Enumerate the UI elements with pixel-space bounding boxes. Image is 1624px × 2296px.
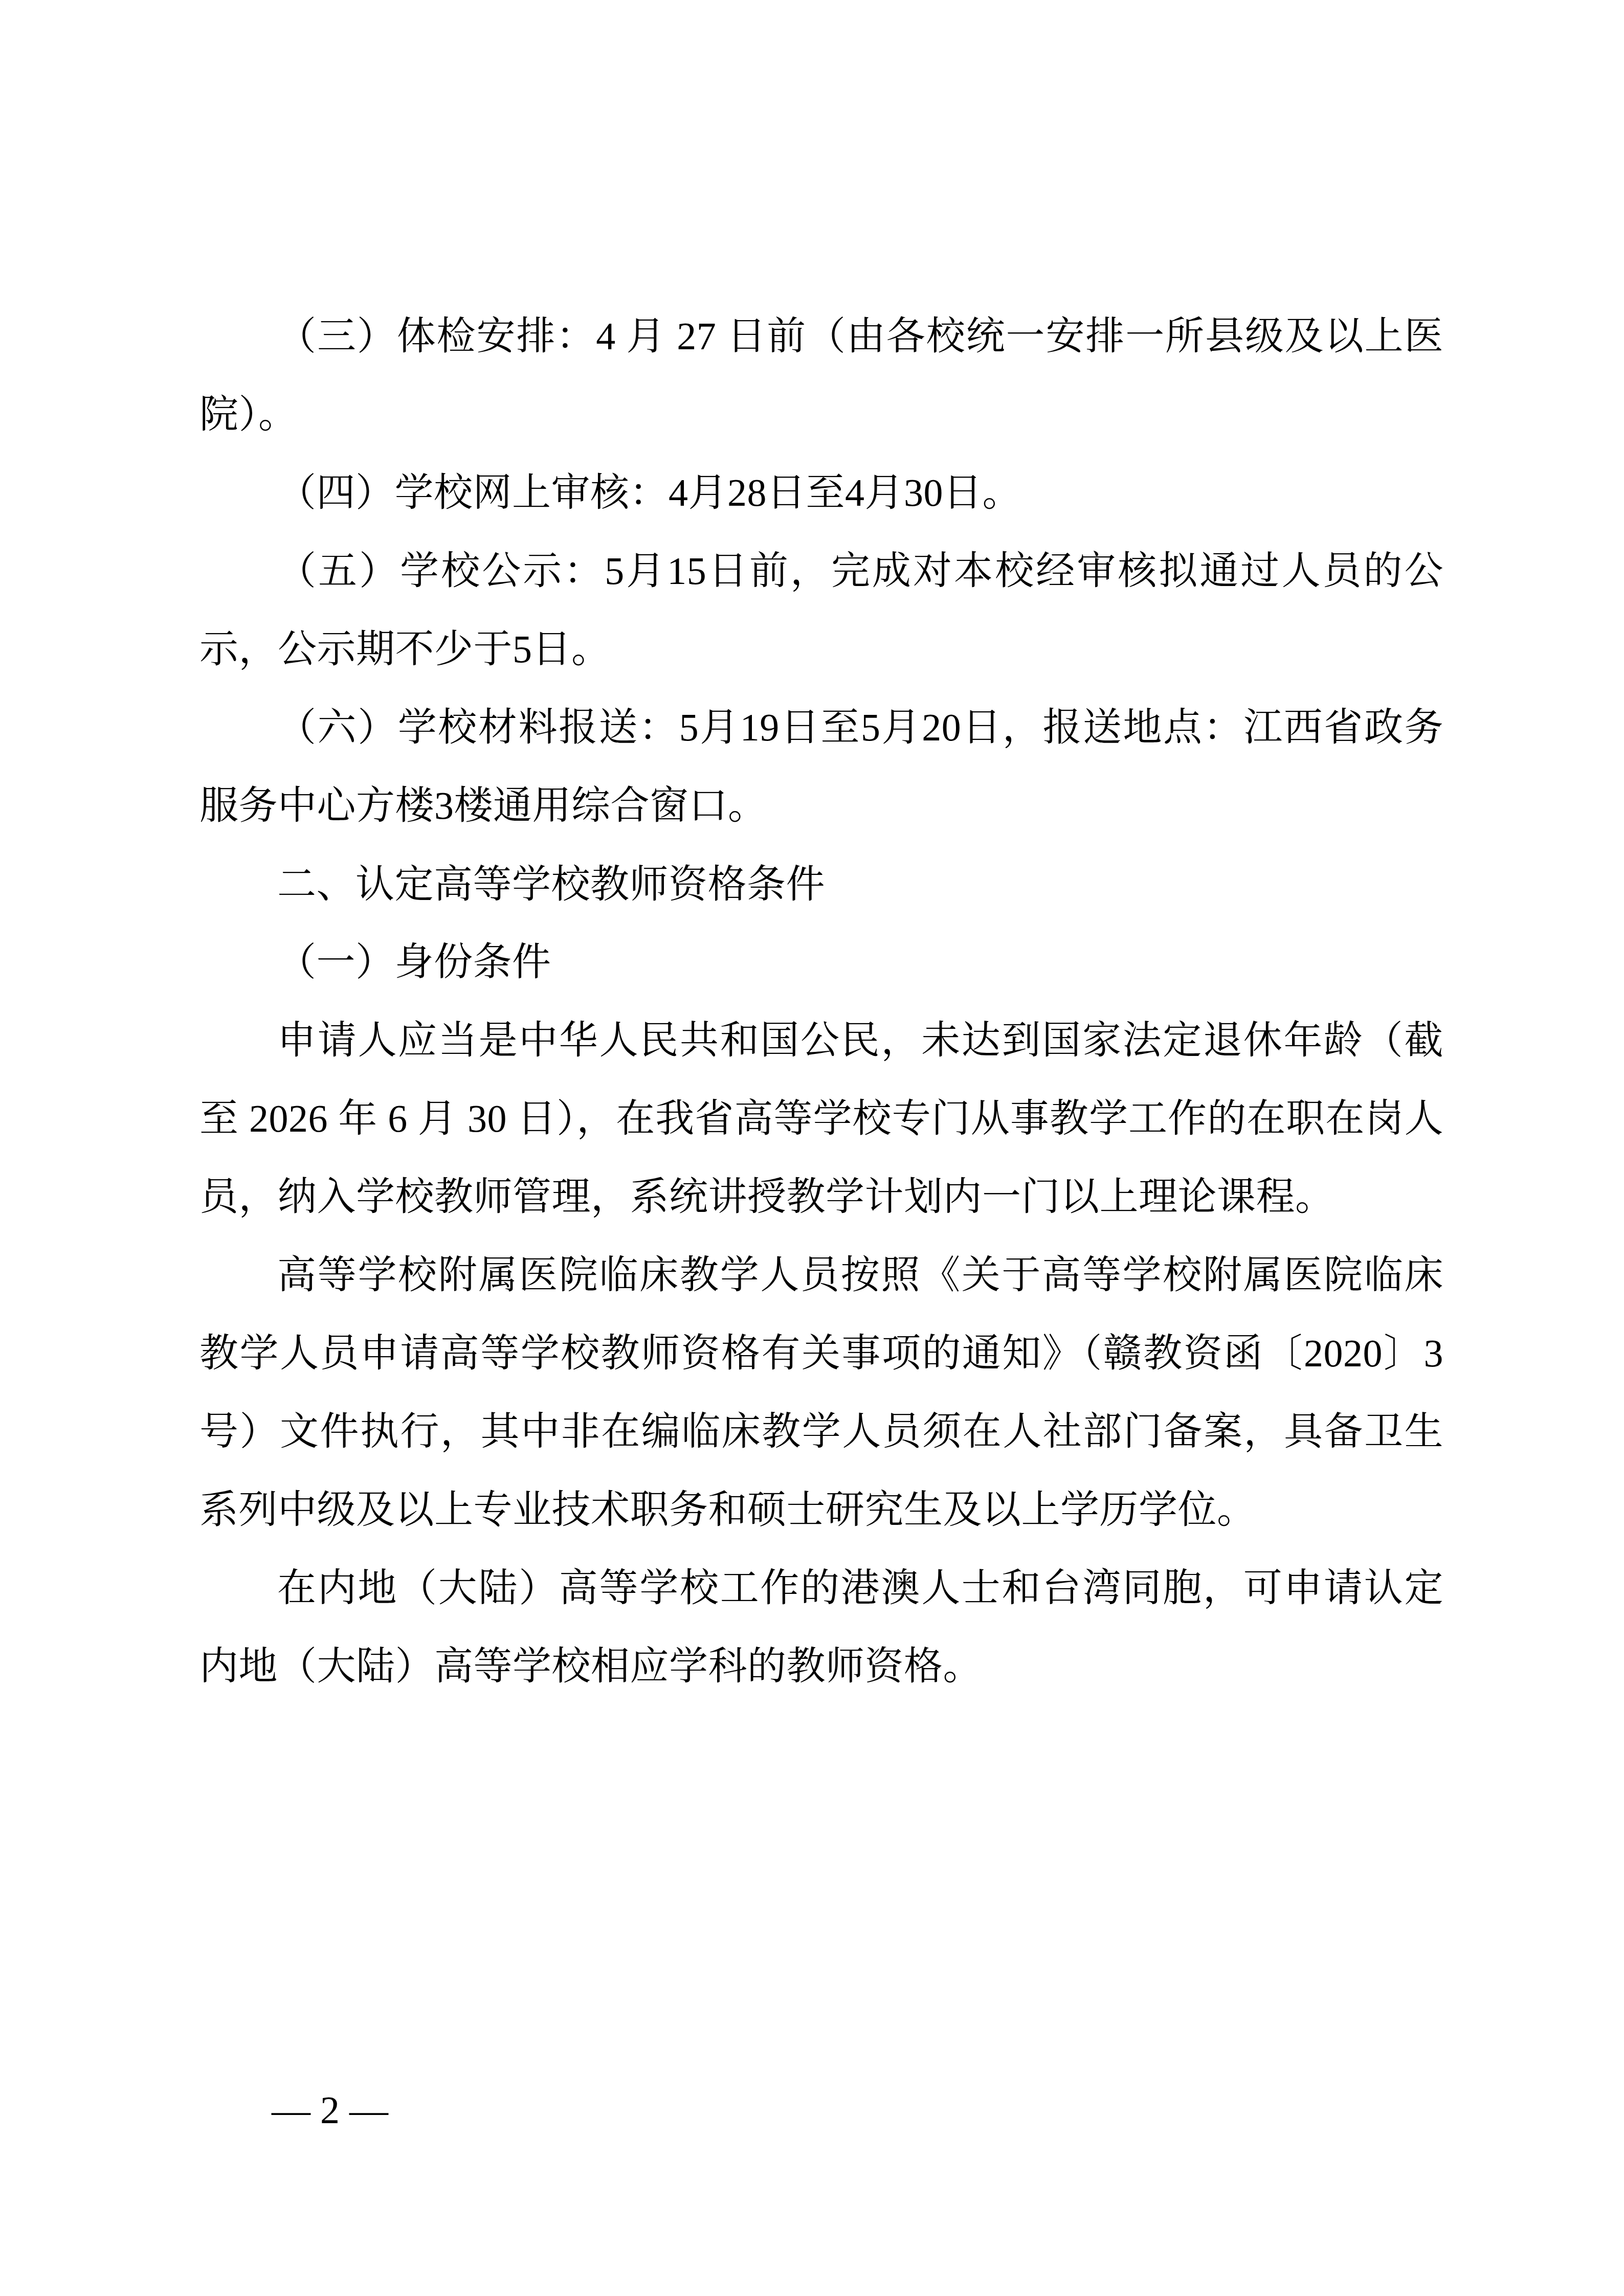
document-body: （三）体检安排：4 月 27 日前（由各校统一安排一所县级及以上医院）。 （四）… bbox=[199, 298, 1443, 1706]
paragraph-hk-macao-taiwan: 在内地（大陆）高等学校工作的港澳人士和台湾同胞，可申请认定内地（大陆）高等学校相… bbox=[199, 1549, 1443, 1706]
paragraph-material-submission: （六）学校材料报送：5月19日至5月20日，报送地点：江西省政务服务中心方楼3楼… bbox=[199, 689, 1443, 845]
section-heading-qualification-conditions: 二、认定高等学校教师资格条件 bbox=[199, 845, 1443, 924]
paragraph-school-publicity: （五）学校公示：5月15日前，完成对本校经审核拟通过人员的公示，公示期不少于5日… bbox=[199, 532, 1443, 689]
paragraph-identity-requirement: 申请人应当是中华人民共和国公民，未达到国家法定退休年龄（截至 2026 年 6 … bbox=[199, 1002, 1443, 1236]
page-footer: — 2 — bbox=[233, 2026, 388, 2195]
paragraph-physical-exam: （三）体检安排：4 月 27 日前（由各校统一安排一所县级及以上医院）。 bbox=[199, 298, 1443, 454]
page-number: — 2 — bbox=[272, 2089, 388, 2132]
document-page: （三）体检安排：4 月 27 日前（由各校统一安排一所县级及以上医院）。 （四）… bbox=[0, 0, 1624, 2296]
paragraph-hospital-clinical-staff: 高等学校附属医院临床教学人员按照《关于高等学校附属医院临床教学人员申请高等学校教… bbox=[199, 1236, 1443, 1549]
paragraph-online-review: （四）学校网上审核：4月28日至4月30日。 bbox=[199, 454, 1443, 532]
subsection-heading-identity-conditions: （一）身份条件 bbox=[199, 924, 1443, 1002]
